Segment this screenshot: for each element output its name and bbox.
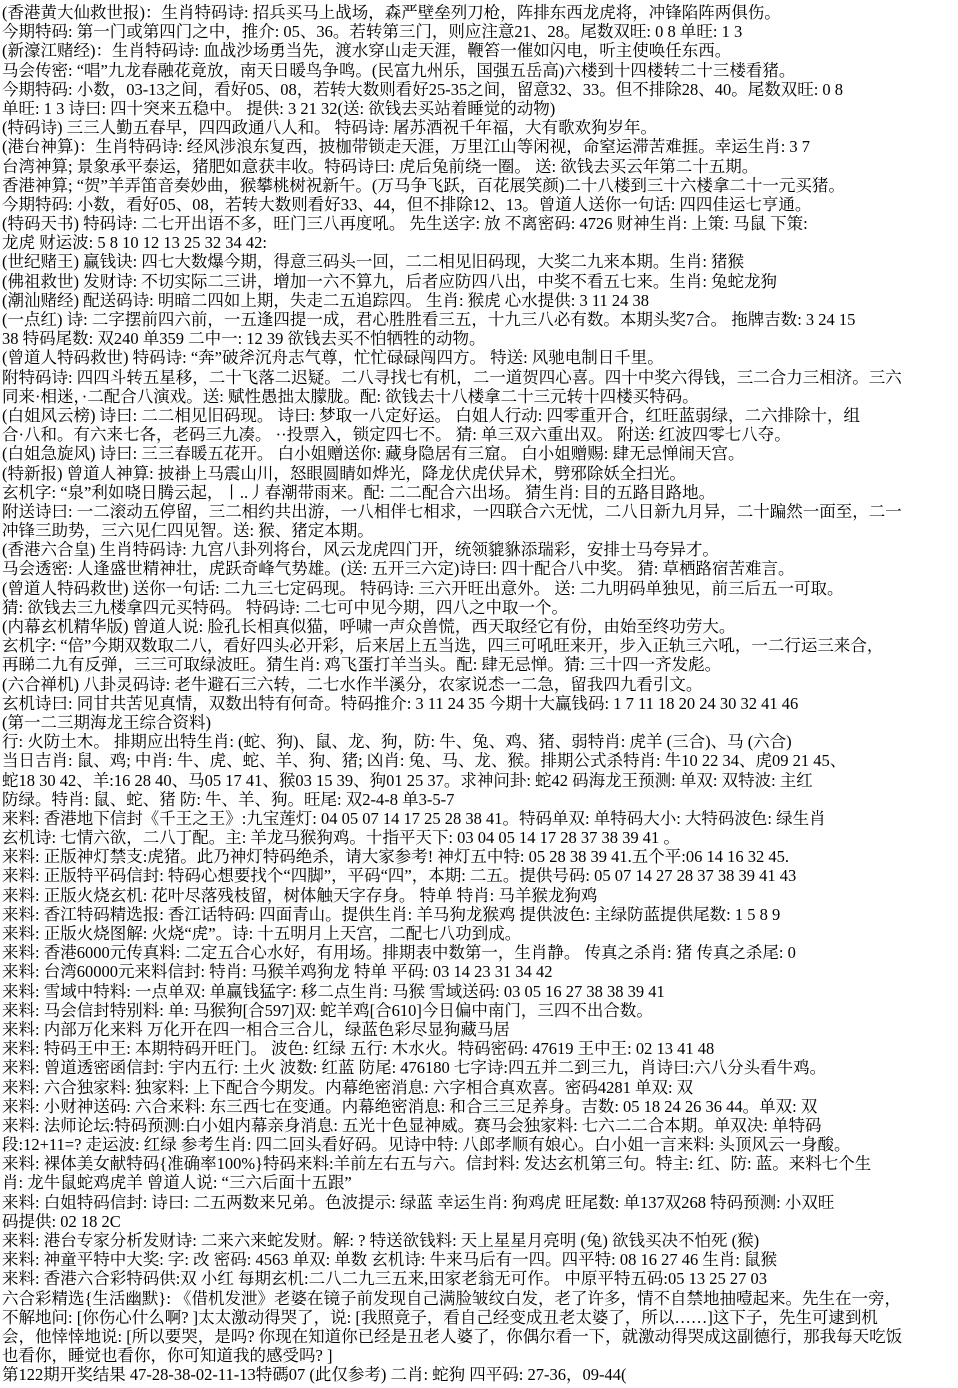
text-line: 来料: 神童平特中大奖: 字: 改 密码: 4563 单双: 单数 玄机诗: 牛… — [2, 1250, 956, 1269]
text-line: 会，他悻悻地说: [所以要哭，是吗? 你现在知道你已经是丑老人婆了，你偶尔看一下… — [2, 1327, 956, 1346]
text-line: 蛇18 30 42、羊:16 28 40、马05 17 41、猴03 15 39… — [2, 771, 956, 790]
text-line: 行: 火防土木。 排期应出特生肖: (蛇、狗)、鼠、龙、狗，防: 牛、兔、鸡、猪… — [2, 732, 956, 751]
text-line: 38 特码尾数: 双240 单359 二中一: 12 39 欲钱去买不怕牺牲的动… — [2, 329, 956, 348]
text-line: 来料: 台湾60000元来料信封: 特肖: 马猴羊鸡狗龙 特单 平码: 03 1… — [2, 962, 956, 981]
text-line: 码提供: 02 18 2C — [2, 1212, 956, 1231]
text-line: (佛祖救世) 发财诗: 不切实际二三讲，增加一六不算九，后者应防四八出，中奖不看… — [2, 272, 956, 291]
text-line: (特码诗) 三三人勤五春早，四四政通八人和。 特码诗: 屠苏酒祝千年福，大有歌欢… — [2, 118, 956, 137]
text-line: 来料: 裸体美女献特码{准确率100%}特码来料:羊前左右五与六。信封料: 发达… — [2, 1154, 956, 1173]
text-line: (新濠江赌经)：生肖特码诗: 血战沙场勇当先，渡水穿山走天涯，鞭笞一催如闪电，听… — [2, 41, 956, 60]
text-line: 再睇二九有反弹，三三可取绿波旺。猜生肖: 鸡飞蛋打羊当头。配: 肆无忌惮。猜: … — [2, 655, 956, 674]
text-line: 玄机字: “泉”利如哓日腾云起，丨..丿春潮带雨来。配: 二二配合六出场。 猜生… — [2, 483, 956, 502]
text-line: (白姐急旋风) 诗曰: 三三春暖五花开。 白小姐赠送你: 藏身隐居有三窟。 白小… — [2, 444, 956, 463]
text-line: 来料: 正版特平码信封: 特码心想要找个“四脚”，平码“四”，本期: 二五。提供… — [2, 866, 956, 885]
text-line: 来料: 正版火烧图解: 火烧“虎”。诗: 十五明月上天宫，二配七八功到成。 — [2, 924, 956, 943]
text-line: 也看你，睡觉也看你，你可知道我的感受吗? ] — [2, 1346, 956, 1365]
text-line: 今期特码: 小数，03-13之间，看好05、08，若转大数则看好25-35之间，… — [2, 80, 956, 99]
text-line: (曾道人特码救世) 送你一句话: 二九三七定码现。 特码诗: 三六开旺出意外。 … — [2, 579, 956, 598]
text-line: (世纪赌王) 赢钱诀: 四七大数爆今期，得意三码头一回，二二相见旧码现，大奖二九… — [2, 252, 956, 271]
text-line: 台湾神算; 景象承平泰运，猪肥如意获丰收。特码诗曰: 虎后兔前绕一圈。 送: 欲… — [2, 157, 956, 176]
text-line: (一点红) 诗: 二字摆前四六前，一五逢四提一成，君心胜胜看三五，十九三八必有数… — [2, 310, 956, 329]
text-line: 今期特码: 小数，看好05、08，若转大数则看好33、44，但不排除12、13。… — [2, 195, 956, 214]
document-body: (香港黄大仙救世报)：生肖特码诗: 招兵买马上战场，森严壁垒列刀枪，阵排东西龙虎… — [2, 3, 956, 1385]
text-line: 马会传密: “唱”九龙春融花竟放，南天日暖鸟争鸣。(民富九州乐，国强五岳高)六楼… — [2, 61, 956, 80]
text-line: 来料: 小财神送码: 六合来料: 东三西七在变通。内幕绝密消息: 和合三三足养身… — [2, 1097, 956, 1116]
text-line: (香港六合皇) 生肖特码诗: 九宫八卦列将台，风云龙虎四门开，统领貔貅添瑞彩，安… — [2, 540, 956, 559]
text-line: 不解地问: [你伤心什么啊? ]太太激动得哭了，说: [我照竟子，看自己经变成丑… — [2, 1308, 956, 1327]
text-line: 来料: 正版神灯禁支:虎猪。此乃神灯特码绝杀，请大家参考! 神灯五中特: 05 … — [2, 847, 956, 866]
text-line: 今期特码: 第一门或第四门之中，推介: 05、36。若转第三门，则应注意21、2… — [2, 22, 956, 41]
text-line: 来料: 雪域中特料: 一点单双: 单赢钱猛字: 移二点生肖: 马猴 雪域送码: … — [2, 982, 956, 1001]
text-line: 第122期开奖结果 47-28-38-02-11-13特碼07 (此仅参考) 二… — [2, 1365, 956, 1384]
text-line: 猜: 欲钱去三九楼拿四元买特码。 特码诗: 二七可中见今期，四八之中取一个。 — [2, 598, 956, 617]
text-line: (潮汕赌经) 配送码诗: 明暗二四如上期，失走二五追踪四。 生肖: 猴虎 心水提… — [2, 291, 956, 310]
text-line: 来料: 曾道透密函信封: 宇内五行: 土火 波数: 红蓝 防尾: 476180 … — [2, 1058, 956, 1077]
text-line: 冲锋三助势，三六见仁四见智。送: 猴、猪定本期。 — [2, 521, 956, 540]
text-line: 当日吉肖: 鼠、鸡; 中肖: 牛、虎、蛇、羊、狗、猪; 凶肖: 兔、马、龙、猴。… — [2, 751, 956, 770]
text-line: 肖: 龙牛鼠蛇鸡虎羊 曾道人说: “三六后面十五跟” — [2, 1173, 956, 1192]
text-line: 玄机诗: 七情六欲，二八丁配。主: 羊龙马猴狗鸡。十指平天下: 03 04 05… — [2, 828, 956, 847]
text-line: 段:12+11=? 走运波: 红绿 参考生肖: 四二回头看好码。见诗中特: 八郎… — [2, 1135, 956, 1154]
text-line: 附特码诗: 四四斗转五星移，二十飞落二迟疑。二八寻找七有机，二一道贺四心喜。四十… — [2, 368, 956, 387]
text-line: (第一二三期海龙王综合资料) — [2, 713, 956, 732]
text-line: 来料: 正版火烧玄机: 花叶尽落残枝留，树体触天字存身。 特单 特肖: 马羊猴龙… — [2, 886, 956, 905]
text-line: 来料: 香港地下信封《千王之王》:九宝莲灯: 04 05 07 14 17 25… — [2, 809, 956, 828]
text-line: 同来·相迷，·二配合八演戏。送: 赋性愚拙太朦胧。配: 欲钱去十八楼拿二十三元转… — [2, 387, 956, 406]
text-line: 六合彩精选{生活幽默}: 《借机发泄》老婆在镜子前发现自己满脸皱纹白发，老了许多… — [2, 1289, 956, 1308]
lottery-tipsheet-page: (香港黄大仙救世报)：生肖特码诗: 招兵买马上战场，森严壁垒列刀枪，阵排东西龙虎… — [0, 0, 958, 1388]
text-line: (港台神算)：生肖特码诗: 经风涉浪东复西，披枷带锁走天涯，万里江山等闲视，命窒… — [2, 137, 956, 156]
text-line: 来料: 白姐特码信封: 诗曰: 二五两数来兄弟。色波提示: 绿蓝 幸运生肖: 狗… — [2, 1193, 956, 1212]
text-line: 香港神算; “贺”羊弄笛音奏妙曲，猴攀桃树祝新午。(万马争飞跃，百花展笑颜)二十… — [2, 176, 956, 195]
text-line: (香港黄大仙救世报)：生肖特码诗: 招兵买马上战场，森严壁垒列刀枪，阵排东西龙虎… — [2, 3, 956, 22]
text-line: (曾道人特码救世) 特码诗: “奔”破斧沉舟志气尊，忙忙碌碌闯四方。 特送: 风… — [2, 348, 956, 367]
text-line: 玄机字: “倍”今期双数取二八，看好四头必开彩，后来居上五当选，四三可吼旺来开，… — [2, 636, 956, 655]
text-line: 玄机诗曰: 同甘共苦见真情，双数出特有何奇。特码推介: 3 11 24 35 今… — [2, 694, 956, 713]
text-line: 来料: 六合独家料: 独家料: 上下配合今期发。内幕绝密消息: 六字相合真欢喜。… — [2, 1078, 956, 1097]
text-line: 来料: 内部万化来料 万化开在四一相合三合儿，绿蓝色彩尽显狗藏马居 — [2, 1020, 956, 1039]
text-line: (特新报) 曾道人神算: 披褂上马震山川，怒眼圆睛如烨光，降龙伏虎伏异术，劈邪除… — [2, 464, 956, 483]
text-line: 单旺: 1 3 诗曰: 四十突来五稳中。 提供: 3 21 32(送: 欲钱去买… — [2, 99, 956, 118]
text-line: (特码天书) 特码诗: 二七开出语不多，旺门三八再度吼。 先生送字: 放 不离密… — [2, 214, 956, 233]
text-line: 来料: 法师论坛:特码预测:白小姐内幕亲身消息: 五光十色显神威。赛马会独家料:… — [2, 1116, 956, 1135]
text-line: (六合禅机) 八卦灵码诗: 老牛避石三六转，二七水作半溪分，农家说怸一二急，留我… — [2, 675, 956, 694]
text-line: 来料: 香江特码精选报: 香江话特码: 四面青山。提供生肖: 羊马狗龙猴鸡 提供… — [2, 905, 956, 924]
text-line: (白姐风云榜) 诗曰: 二二相见旧码现。 诗曰: 梦取一八定好运。 白姐人行动:… — [2, 406, 956, 425]
text-line: 马会透密: 人逢盛世精神壮，虎跃奇峰气势雄。(送: 五开三六定)诗曰: 四十配合… — [2, 559, 956, 578]
text-line: 来料: 港台专家分析发财诗: 二来六来蛇发财。解: ? 特送欲钱料: 天上星星月… — [2, 1231, 956, 1250]
text-line: (内幕玄机精华版) 曾道人说: 脸孔长相真似猫，呼啸一声众兽慌，西天取经它有份，… — [2, 617, 956, 636]
text-line: 附送诗曰: 一二滚动五停留，三二相约共出游，一八相伴七相求，一四联合六无忧，二八… — [2, 502, 956, 521]
text-line: 来料: 香港六合彩特码供:双 小红 每期玄机:二八二九三五来,田家老翁无可作。 … — [2, 1269, 956, 1288]
text-line: 龙虎 财运波: 5 8 10 12 13 25 32 34 42: — [2, 233, 956, 252]
text-line: 来料: 香港6000元传真料: 二定五合心水好，有用场。排期表中数第一，生肖静。… — [2, 943, 956, 962]
text-line: 来料: 特码王中王: 本期特码开旺门。 波色: 红绿 五行: 木水火。特码密码:… — [2, 1039, 956, 1058]
text-line: 合·八和。有六来七各，老码三九凑。 ··投票入，锁定四七不。 猜: 单三双六重出… — [2, 425, 956, 444]
text-line: 来料: 马会信封特别料: 单: 马猴狗[合597]双: 蛇羊鸡[合610]今日偏… — [2, 1001, 956, 1020]
text-line: 防绿。特肖: 鼠、蛇、猪 防: 牛、羊、狗。旺尾: 双2-4-8 单3-5-7 — [2, 790, 956, 809]
